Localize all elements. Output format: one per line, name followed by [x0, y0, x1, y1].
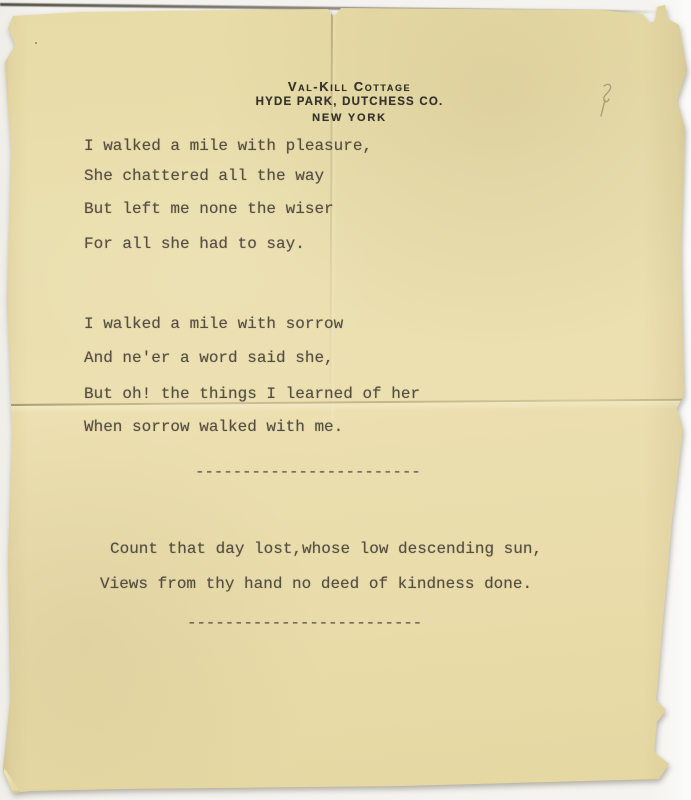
poem-line: Count that day lost,whose low descending…: [110, 541, 542, 557]
paper-speck: [35, 42, 37, 44]
poem-line: But oh! the things I learned of her: [84, 386, 420, 402]
poem-line: When sorrow walked with me.: [84, 419, 343, 435]
paper-shadow-wrap: Val-Kill Cottage HYDE PARK, DUTCHESS CO.…: [0, 0, 691, 800]
folded-corner: [2, 763, 21, 792]
poem-line: And ne'er a word said she,: [84, 350, 334, 366]
dashed-separator: -------------------------: [187, 615, 422, 631]
dashed-separator: ------------------------: [195, 464, 421, 480]
letterhead-location: HYDE PARK, DUTCHESS CO.: [8, 96, 691, 108]
poem-line: I walked a mile with pleasure,: [84, 138, 372, 154]
poem-line: For all she had to say.: [84, 236, 305, 252]
poem-line: I walked a mile with sorrow: [84, 316, 343, 332]
letterhead-cottage-name: Val-Kill Cottage: [8, 79, 691, 94]
letter-paper: Val-Kill Cottage HYDE PARK, DUTCHESS CO.…: [0, 0, 691, 800]
poem-line: But left me none the wiser: [84, 201, 334, 217]
scanner-background: Val-Kill Cottage HYDE PARK, DUTCHESS CO.…: [0, 0, 691, 800]
letterhead-state: NEW YORK: [8, 112, 691, 124]
poem-line: Views from thy hand no deed of kindness …: [100, 576, 532, 592]
poem-line: She chattered all the way: [84, 168, 324, 184]
